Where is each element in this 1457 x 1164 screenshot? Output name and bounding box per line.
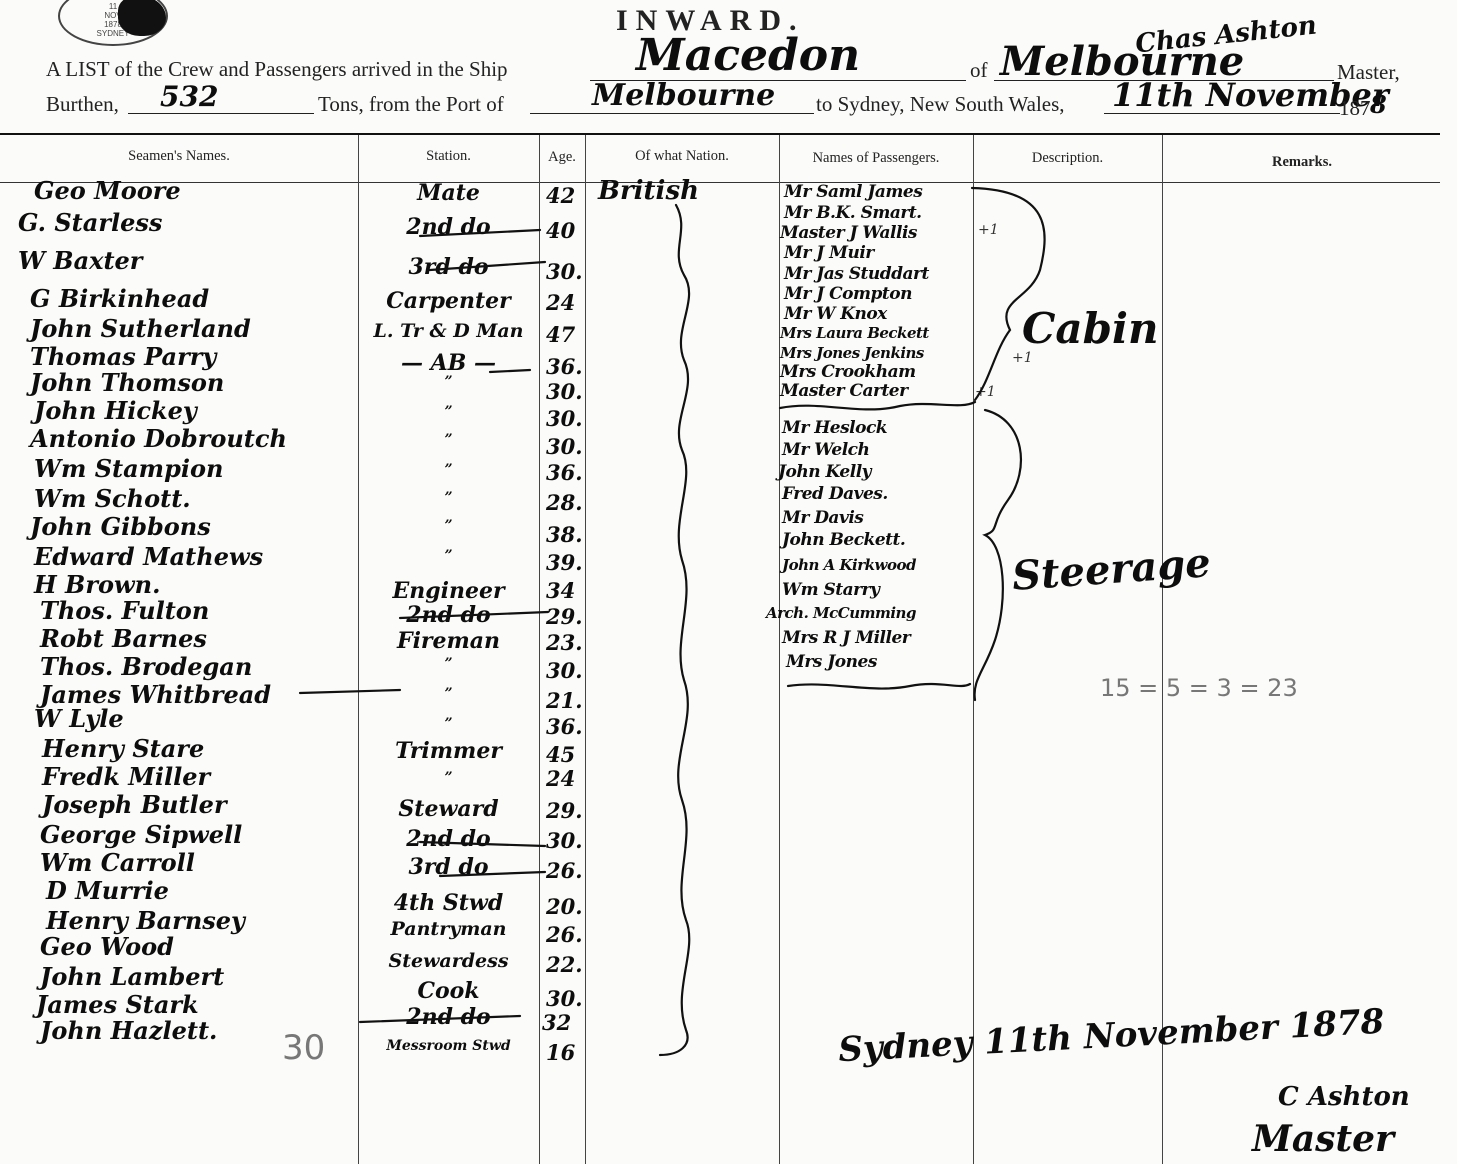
seaman-station: ”	[358, 716, 539, 732]
seaman-age: 36.	[546, 714, 583, 739]
seaman-age: 39.	[546, 550, 583, 575]
seaman-age: 45	[546, 742, 575, 767]
seaman-name: John Lambert	[40, 962, 224, 991]
seaman-station: ”	[358, 374, 539, 390]
seaman-station: Trimmer	[358, 738, 539, 764]
seaman-age: 30.	[546, 379, 583, 404]
year-handwritten: 8	[1370, 90, 1387, 119]
master-role: Master	[1252, 1118, 1394, 1160]
seaman-station: Mate	[358, 180, 539, 206]
passenger-name: Mr W Knox	[784, 304, 887, 324]
passenger-name: Fred Daves.	[782, 484, 888, 504]
seaman-age: 30.	[546, 828, 583, 853]
seaman-station: ”	[358, 770, 539, 786]
column-divider	[585, 135, 586, 1164]
passenger-name: Mrs Crookham	[780, 362, 916, 382]
description-cabin: Cabin	[1022, 304, 1159, 353]
seaman-age: 42	[546, 183, 575, 208]
seaman-age: 26.	[546, 922, 583, 947]
description-steerage: Steerage	[1011, 539, 1212, 600]
seaman-name: Henry Stare	[42, 734, 204, 763]
seaman-name: James Stark	[36, 990, 199, 1019]
seaman-station: Pantryman	[358, 918, 539, 940]
seaman-station: 2nd do	[358, 214, 539, 240]
seaman-age: 29.	[546, 604, 583, 629]
seaman-age: 40	[546, 218, 575, 243]
seaman-age: 16	[546, 1040, 575, 1065]
passenger-name: John A Kirkwood	[782, 556, 916, 574]
seaman-age: 32	[542, 1010, 571, 1035]
seaman-name: John Gibbons	[30, 512, 211, 541]
seaman-name: Edward Mathews	[34, 542, 263, 571]
seaman-name: Wm Schott.	[34, 484, 191, 513]
plus-one-mark: +1	[978, 222, 999, 238]
ink-blot-icon	[118, 0, 166, 36]
passenger-name: Mrs Laura Beckett	[780, 324, 929, 342]
seaman-age: 26.	[546, 858, 583, 883]
seaman-station: L. Tr & D Man	[358, 320, 539, 342]
seaman-age: 38.	[546, 522, 583, 547]
seaman-age: 30.	[546, 434, 583, 459]
ditto-line	[660, 205, 689, 1055]
header-bottom-rule	[0, 182, 1440, 183]
column-header-nation: Of what Nation.	[585, 148, 779, 165]
passenger-name: Mr J Compton	[784, 284, 912, 304]
burthen-blank	[128, 113, 314, 114]
seaman-station: 4th Stwd	[358, 890, 539, 916]
passenger-name: Master J Wallis	[780, 223, 917, 243]
seaman-station: ”	[358, 404, 539, 420]
passenger-tally: 15 = 5 = 3 = 23	[1100, 674, 1298, 702]
seaman-name: G. Starless	[18, 208, 162, 237]
burthen-value: 532	[160, 80, 218, 113]
tons-label: Tons, from the Port of	[318, 92, 504, 117]
seaman-station: Cook	[358, 978, 539, 1004]
seaman-station: Fireman	[358, 628, 539, 654]
seaman-station: — AB —	[358, 350, 539, 376]
passenger-name: Mr Saml James	[784, 182, 922, 202]
seaman-name: Antonio Dobroutch	[30, 424, 287, 453]
seaman-name: Geo Moore	[34, 176, 181, 205]
seaman-age: 36.	[546, 354, 583, 379]
column-header-station: Station.	[358, 148, 539, 165]
seaman-age: 24	[546, 290, 575, 315]
seaman-name: John Sutherland	[30, 314, 251, 343]
seaman-name: Thos. Brodegan	[40, 652, 252, 681]
seaman-name: Wm Stampion	[34, 454, 223, 483]
seaman-age: 34	[546, 578, 575, 603]
plus-one-mark: +1	[975, 384, 996, 400]
passenger-name: Master Carter	[780, 381, 908, 401]
seaman-age: 30.	[546, 658, 583, 683]
cabin-brace	[972, 188, 1045, 400]
seaman-age: 23.	[546, 630, 583, 655]
seaman-station: Carpenter	[358, 288, 539, 314]
burthen-label: Burthen,	[46, 92, 119, 117]
seaman-age: 30.	[546, 406, 583, 431]
seaman-station: ”	[358, 490, 539, 506]
from-port-value: Melbourne	[592, 78, 775, 113]
seaman-name: John Hickey	[34, 396, 197, 425]
seaman-age: 30.	[546, 986, 583, 1011]
seaman-name: H Brown.	[34, 570, 160, 599]
place-and-date: Sydney 11th November 1878	[837, 1002, 1385, 1071]
seaman-station: Stewardess	[358, 950, 539, 972]
table-top-rule	[0, 133, 1440, 135]
seaman-age: 24	[546, 766, 575, 791]
column-header-seamen: Seamen's Names.	[0, 148, 358, 165]
ship-manifest-page: 11 NOV 1878 SYDNEY INWARD. A LIST of the…	[0, 0, 1457, 1164]
seaman-age: 29.	[546, 798, 583, 823]
passenger-name: John Beckett.	[782, 530, 905, 550]
seaman-station: ”	[358, 656, 539, 672]
seaman-station: ”	[358, 462, 539, 478]
seaman-station: Messroom Stwd	[358, 1038, 539, 1054]
column-header-description: Description.	[973, 150, 1162, 167]
passenger-name: Mr Heslock	[782, 418, 887, 438]
seaman-name: Thomas Parry	[30, 342, 216, 371]
seaman-name: John Hazlett.	[40, 1016, 217, 1045]
plus-one-mark: +1	[1012, 350, 1033, 366]
seaman-station: Engineer	[358, 578, 539, 604]
passenger-name: Mr J Muir	[784, 243, 874, 263]
seaman-station: 2nd do	[358, 1004, 539, 1030]
column-header-remarks: Remarks.	[1162, 154, 1442, 171]
to-sydney-label: to Sydney, New South Wales,	[816, 92, 1065, 117]
passenger-name: Mr Davis	[782, 508, 863, 528]
seaman-name: Wm Carroll	[40, 848, 195, 877]
seaman-station: 3rd do	[358, 254, 539, 280]
seaman-age: 28.	[546, 490, 583, 515]
header-line1-prefix: A LIST of the Crew and Passengers arrive…	[46, 57, 508, 82]
column-divider	[539, 135, 540, 1164]
seaman-name: Thos. Fulton	[40, 596, 209, 625]
seaman-name: Geo Wood	[40, 932, 174, 961]
passenger-name: Mrs R J Miller	[782, 628, 910, 648]
seaman-station: ”	[358, 432, 539, 448]
passenger-name: Mr Welch	[782, 440, 869, 460]
passenger-name: Mrs Jones	[786, 652, 877, 672]
nation-value: British	[598, 176, 699, 206]
seaman-name: Joseph Butler	[42, 790, 227, 819]
column-divider	[1162, 135, 1163, 1164]
seaman-name: Robt Barnes	[40, 624, 207, 653]
seaman-station: ”	[358, 548, 539, 564]
seaman-name: W Baxter	[18, 246, 142, 275]
seaman-station: Steward	[358, 796, 539, 822]
passenger-name: Mr Jas Studdart	[784, 264, 929, 284]
passenger-name: Mr B.K. Smart.	[784, 203, 922, 223]
seaman-name: Fredk Miller	[42, 762, 210, 791]
seaman-age: 36.	[546, 460, 583, 485]
seaman-name: John Thomson	[30, 368, 224, 397]
column-header-passengers: Names of Passengers.	[779, 150, 973, 167]
year-printed: 187	[1339, 96, 1371, 121]
seaman-age: 21.	[546, 688, 583, 713]
seaman-name: W Lyle	[34, 704, 124, 733]
seaman-station: 3rd do	[358, 854, 539, 880]
seaman-station: 2nd do	[358, 826, 539, 852]
seaman-age: 47	[546, 322, 575, 347]
seaman-station: ”	[358, 686, 539, 702]
seaman-name: G Birkinhead	[30, 284, 209, 313]
ship-name: Macedon	[636, 30, 860, 81]
seaman-age: 30.	[546, 259, 583, 284]
seaman-age: 22.	[546, 952, 583, 977]
passenger-name: Mrs Jones Jenkins	[780, 344, 924, 362]
column-divider	[973, 135, 974, 1164]
column-header-age: Age.	[539, 149, 585, 166]
passenger-name: John Kelly	[778, 462, 871, 482]
seaman-name: D Murrie	[46, 876, 169, 905]
seaman-station: ”	[358, 518, 539, 534]
from-port-blank	[530, 113, 814, 114]
seaman-age: 20.	[546, 894, 583, 919]
passenger-name: Arch. McCumming	[766, 604, 916, 622]
passenger-name: Wm Starry	[782, 580, 879, 600]
seaman-name: George Sipwell	[40, 820, 242, 849]
crew-count-pencil: 30	[282, 1028, 325, 1068]
seaman-name: Henry Barnsey	[46, 906, 245, 935]
of-label: of	[970, 58, 988, 83]
seaman-station: 2nd do	[358, 602, 539, 628]
master-signature: C Ashton	[1278, 1082, 1410, 1112]
column-divider	[779, 135, 780, 1164]
